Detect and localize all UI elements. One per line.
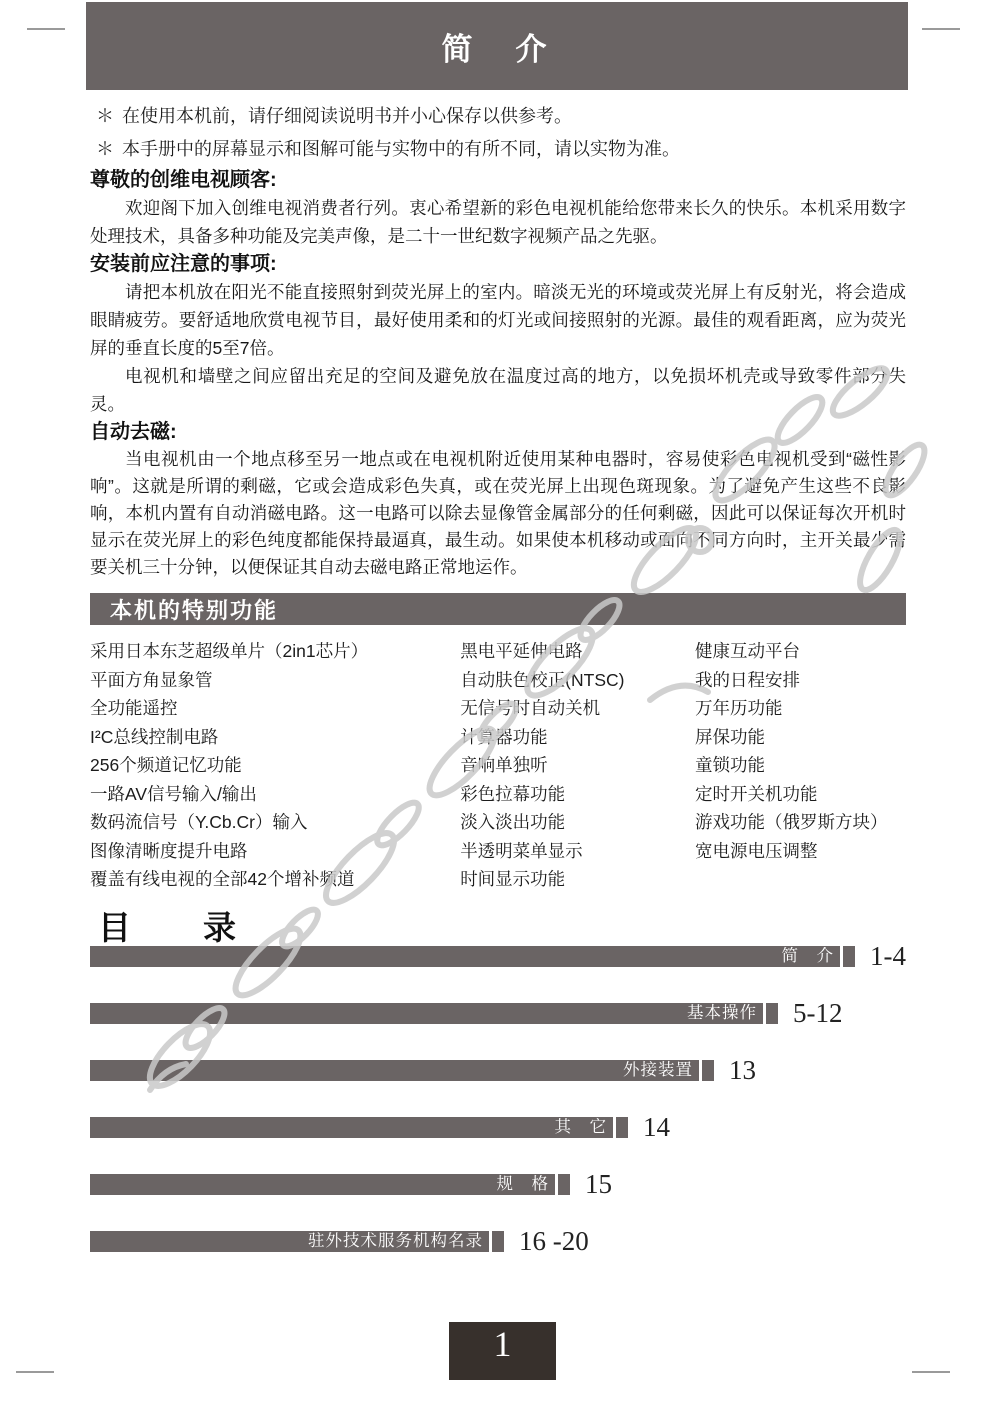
asterisk-marker: ＊ [90, 100, 122, 133]
feature-item: 全功能遥控 [90, 694, 460, 723]
feature-item: 自动肤色校正(NTSC) [460, 666, 695, 695]
toc-bar-stub [613, 1117, 628, 1138]
toc-bar: 其 它 [90, 1117, 628, 1138]
page-number-box: 1 [449, 1322, 556, 1380]
toc-label: 其 它 [555, 1117, 614, 1138]
toc-label: 简 介 [782, 946, 841, 967]
feature-item: 音响单独听 [460, 751, 695, 780]
feature-item: 覆盖有线电视的全部42个增补频道 [90, 865, 460, 894]
toc-bar-stub [489, 1231, 504, 1252]
feature-item: 黑电平延伸电路 [460, 637, 695, 666]
feature-item: 半透明菜单显示 [460, 837, 695, 866]
page-header-bar: 简 介 [86, 2, 908, 90]
features-column-2: 黑电平延伸电路 自动肤色校正(NTSC) 无信号时自动关机 计算器功能 音响单独… [460, 637, 695, 894]
toc-bar: 规 格 [90, 1174, 570, 1195]
features-column-3: 健康互动平台 我的日程安排 万年历功能 屏保功能 童锁功能 定时开关机功能 游戏… [695, 637, 906, 894]
page-title: 简 介 [442, 24, 553, 69]
note-line: ＊本手册中的屏幕显示和图解可能与实物中的有所不同，请以实物为准。 [90, 133, 906, 166]
page-content: ＊在使用本机前，请仔细阅读说明书并小心保存以供参考。 ＊本手册中的屏幕显示和图解… [0, 90, 992, 1252]
asterisk-marker: ＊ [90, 133, 122, 166]
feature-item: 一路AV信号输入/输出 [90, 780, 460, 809]
page-number: 1 [494, 1322, 512, 1380]
toc-pages: 13 [729, 1055, 756, 1086]
toc-bar-stub [763, 1003, 778, 1024]
degauss-heading: 自动去磁: [90, 418, 906, 446]
feature-item: 淡入淡出功能 [460, 808, 695, 837]
feature-item: 我的日程安排 [695, 666, 906, 695]
toc-pages: 16 -20 [519, 1226, 589, 1257]
feature-item: 游戏功能（俄罗斯方块） [695, 808, 906, 837]
toc-bar-stub [840, 946, 855, 967]
crop-mark [16, 1371, 54, 1373]
toc-bar: 基本操作 [90, 1003, 778, 1024]
toc-row: 基本操作 5-12 [90, 1003, 906, 1024]
note-line: ＊在使用本机前，请仔细阅读说明书并小心保存以供参考。 [90, 100, 906, 133]
toc-label: 基本操作 [687, 1003, 763, 1024]
toc-row: 驻外技术服务机构名录 16 -20 [90, 1231, 906, 1252]
feature-item: 万年历功能 [695, 694, 906, 723]
feature-item: 彩色拉幕功能 [460, 780, 695, 809]
feature-item: 无信号时自动关机 [460, 694, 695, 723]
toc-row: 其 它 14 [90, 1117, 906, 1138]
features-header-bar: 本机的特别功能 [90, 593, 906, 625]
toc-bar: 驻外技术服务机构名录 [90, 1231, 504, 1252]
feature-item: 定时开关机功能 [695, 780, 906, 809]
toc-bar: 外接装置 [90, 1060, 714, 1081]
toc-pages: 1-4 [870, 941, 906, 972]
toc-row: 外接装置 13 [90, 1060, 906, 1081]
degauss-paragraph: 当电视机由一个地点移至另一地点或在电视机附近使用某种电器时，容易使彩色电视机受到… [90, 446, 906, 581]
toc-label: 驻外技术服务机构名录 [308, 1231, 489, 1252]
feature-item: 采用日本东芝超级单片（2in1芯片） [90, 637, 460, 666]
toc-row: 规 格 15 [90, 1174, 906, 1195]
features-list: 采用日本东芝超级单片（2in1芯片） 平面方角显象管 全功能遥控 I²C总线控制… [90, 637, 906, 894]
install-paragraph-2: 电视机和墙壁之间应留出充足的空间及避免放在温度过高的地方，以免损坏机壳或导致零件… [90, 362, 906, 418]
toc-pages: 14 [643, 1112, 670, 1143]
features-column-1: 采用日本东芝超级单片（2in1芯片） 平面方角显象管 全功能遥控 I²C总线控制… [90, 637, 460, 894]
toc-heading: 目 录 [98, 910, 906, 946]
toc-bar-stub [555, 1174, 570, 1195]
toc-pages: 5-12 [793, 998, 843, 1029]
manual-page: 简 介 ＊在使用本机前，请仔细阅读说明书并小心保存以供参考。 ＊本手册中的屏幕显… [0, 0, 992, 1404]
note-text: 在使用本机前，请仔细阅读说明书并小心保存以供参考。 [122, 106, 572, 126]
crop-mark [27, 28, 65, 30]
note-text: 本手册中的屏幕显示和图解可能与实物中的有所不同，请以实物为准。 [122, 139, 680, 159]
feature-item: 屏保功能 [695, 723, 906, 752]
feature-item: 宽电源电压调整 [695, 837, 906, 866]
toc-row: 简 介 1-4 [90, 946, 906, 967]
greeting-paragraph: 欢迎阁下加入创维电视消费者行列。衷心希望新的彩色电视机能给您带来长久的快乐。本机… [90, 194, 906, 250]
feature-item: 图像清晰度提升电路 [90, 837, 460, 866]
feature-item: 数码流信号（Y.Cb.Cr）输入 [90, 808, 460, 837]
toc-bar: 简 介 [90, 946, 855, 967]
feature-item: I²C总线控制电路 [90, 723, 460, 752]
toc-bar-stub [699, 1060, 714, 1081]
feature-item: 256个频道记忆功能 [90, 751, 460, 780]
crop-mark [912, 1371, 950, 1373]
feature-item: 平面方角显象管 [90, 666, 460, 695]
toc-pages: 15 [585, 1169, 612, 1200]
install-paragraph-1: 请把本机放在阳光不能直接照射到荧光屏上的室内。暗淡无光的环境或荧光屏上有反射光，… [90, 278, 906, 362]
greeting-heading: 尊敬的创维电视顾客: [90, 166, 906, 194]
crop-mark [922, 28, 960, 30]
feature-item: 时间显示功能 [460, 865, 695, 894]
features-heading: 本机的特别功能 [90, 594, 278, 625]
feature-item: 计算器功能 [460, 723, 695, 752]
toc-label: 规 格 [497, 1174, 556, 1195]
toc-label: 外接装置 [623, 1060, 699, 1081]
feature-item: 健康互动平台 [695, 637, 906, 666]
install-heading: 安装前应注意的事项: [90, 250, 906, 278]
feature-item: 童锁功能 [695, 751, 906, 780]
